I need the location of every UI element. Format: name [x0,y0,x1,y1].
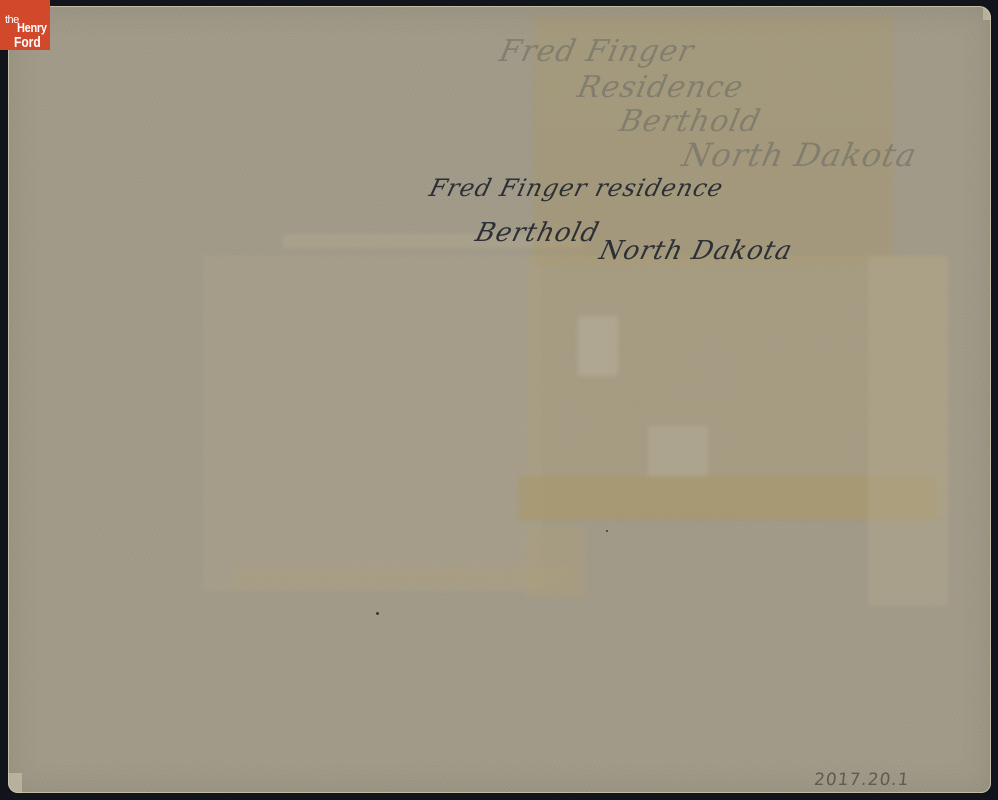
ghost-image-left-base [233,566,573,588]
paper-speck [376,612,379,615]
ghost-image-right-post [868,256,948,606]
ink-inscription-line-3: North Dakota [596,236,795,266]
logo-text-ford: Ford [14,34,41,50]
ghost-image-porch-post [526,526,586,598]
pencil-inscription-line-3: Berthold [616,104,764,139]
corner-wear-bottom-left [8,773,22,793]
mount-card-back: Fred Finger Residence Berthold North Dak… [8,6,991,793]
ghost-image-left-wall [203,256,543,591]
pencil-inscription-line-2: Residence [574,70,747,105]
photo-mount-scan: Fred Finger Residence Berthold North Dak… [0,0,998,800]
ghost-image-door [648,426,708,476]
ghost-image-window [578,316,618,376]
pencil-inscription-line-1: Fred Finger [496,34,697,69]
ink-inscription-line-2: Berthold [472,218,602,248]
ink-inscription-line-1: Fred Finger residence [427,174,727,202]
the-henry-ford-logo: the Henry Ford [0,0,50,50]
paper-speck [606,530,608,532]
accession-number: 2017.20.1 [813,770,911,790]
pencil-inscription-line-4: North Dakota [679,136,921,174]
corner-wear-top-right [983,6,991,20]
